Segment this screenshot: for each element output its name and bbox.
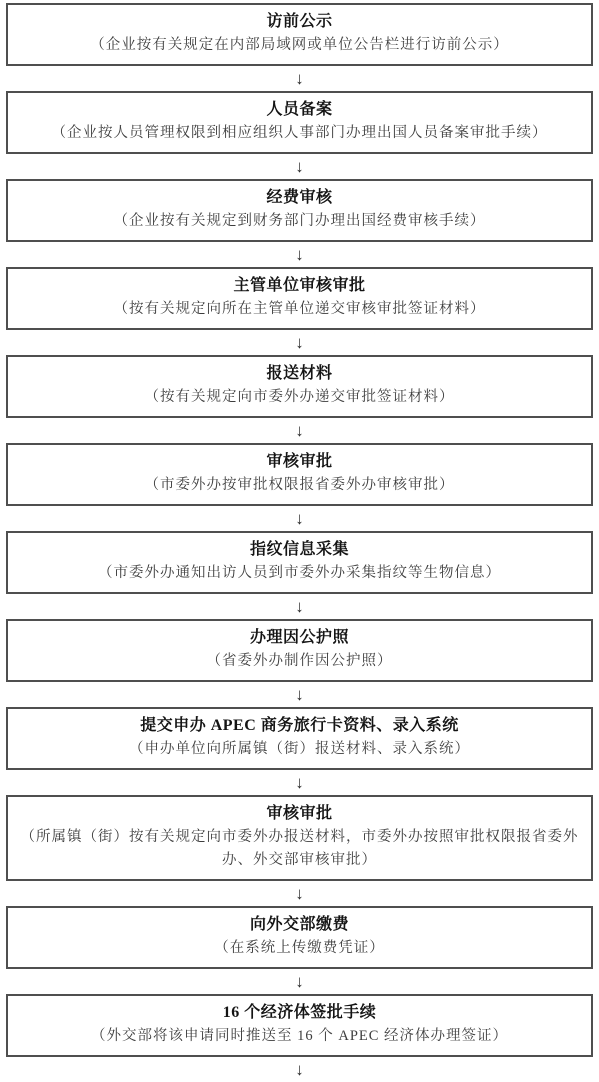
step-desc: （所属镇（街）按有关规定向市委外办报送材料，市委外办按照审批权限报省委外办、外交… [20,826,579,872]
step-desc: （申办单位向所属镇（街）报送材料、录入系统） [20,738,579,761]
step-title: 经费审核 [20,186,579,210]
flow-step-fingerprint-collection: 指纹信息采集 （市委外办通知出访人员到市委外办采集指纹等生物信息） [6,531,593,594]
flow-step-submit-materials: 报送材料 （按有关规定向市委外办递交审批签证材料） [6,355,593,418]
step-title: 访前公示 [20,10,579,34]
flow-step-apec-card-submission: 提交申办 APEC 商务旅行卡资料、录入系统 （申办单位向所属镇（街）报送材料、… [6,707,593,770]
down-arrow-icon: ↓ [6,330,593,355]
flow-step-supervisor-approval: 主管单位审核审批 （按有关规定向所在主管单位递交审核审批签证材料） [6,267,593,330]
step-desc: （企业按有关规定到财务部门办理出国经费审核手续） [20,210,579,233]
down-arrow-icon: ↓ [6,594,593,619]
down-arrow-icon: ↓ [6,1057,593,1082]
step-title: 报送材料 [20,362,579,386]
step-title: 人员备案 [20,98,579,122]
down-arrow-icon: ↓ [6,66,593,91]
flowchart: 访前公示 （企业按有关规定在内部局域网或单位公告栏进行访前公示） ↓ 人员备案 … [0,0,599,1082]
down-arrow-icon: ↓ [6,770,593,795]
step-desc: （省委外办制作因公护照） [20,650,579,673]
down-arrow-icon: ↓ [6,682,593,707]
step-title: 主管单位审核审批 [20,274,579,298]
step-desc: （按有关规定向市委外办递交审批签证材料） [20,386,579,409]
flow-step-review-approval-town: 审核审批 （所属镇（街）按有关规定向市委外办报送材料，市委外办按照审批权限报省委… [6,795,593,881]
flow-step-official-passport: 办理因公护照 （省委外办制作因公护照） [6,619,593,682]
step-desc: （按有关规定向所在主管单位递交审核审批签证材料） [20,298,579,321]
step-desc: （外交部将该申请同时推送至 16 个 APEC 经济体办理签证） [20,1025,579,1048]
step-desc: （市委外办按审批权限报省委外办审核审批） [20,474,579,497]
step-title: 向外交部缴费 [20,913,579,937]
step-title: 审核审批 [20,450,579,474]
step-title: 提交申办 APEC 商务旅行卡资料、录入系统 [20,714,579,738]
step-desc: （企业按有关规定在内部局域网或单位公告栏进行访前公示） [20,34,579,57]
step-desc: （企业按人员管理权限到相应组织人事部门办理出国人员备案审批手续） [20,122,579,145]
down-arrow-icon: ↓ [6,506,593,531]
step-title: 审核审批 [20,802,579,826]
step-desc: （在系统上传缴费凭证） [20,937,579,960]
down-arrow-icon: ↓ [6,881,593,906]
down-arrow-icon: ↓ [6,418,593,443]
flow-step-mfa-payment: 向外交部缴费 （在系统上传缴费凭证） [6,906,593,969]
down-arrow-icon: ↓ [6,242,593,267]
step-title: 16 个经济体签批手续 [20,1001,579,1025]
step-title: 办理因公护照 [20,626,579,650]
down-arrow-icon: ↓ [6,969,593,994]
step-title: 指纹信息采集 [20,538,579,562]
flow-step-pre-visit-publicity: 访前公示 （企业按有关规定在内部局域网或单位公告栏进行访前公示） [6,3,593,66]
flow-step-economies-approval: 16 个经济体签批手续 （外交部将该申请同时推送至 16 个 APEC 经济体办… [6,994,593,1057]
flow-step-funding-review: 经费审核 （企业按有关规定到财务部门办理出国经费审核手续） [6,179,593,242]
step-desc: （市委外办通知出访人员到市委外办采集指纹等生物信息） [20,562,579,585]
down-arrow-icon: ↓ [6,154,593,179]
flow-step-review-approval-city: 审核审批 （市委外办按审批权限报省委外办审核审批） [6,443,593,506]
flow-step-personnel-filing: 人员备案 （企业按人员管理权限到相应组织人事部门办理出国人员备案审批手续） [6,91,593,154]
